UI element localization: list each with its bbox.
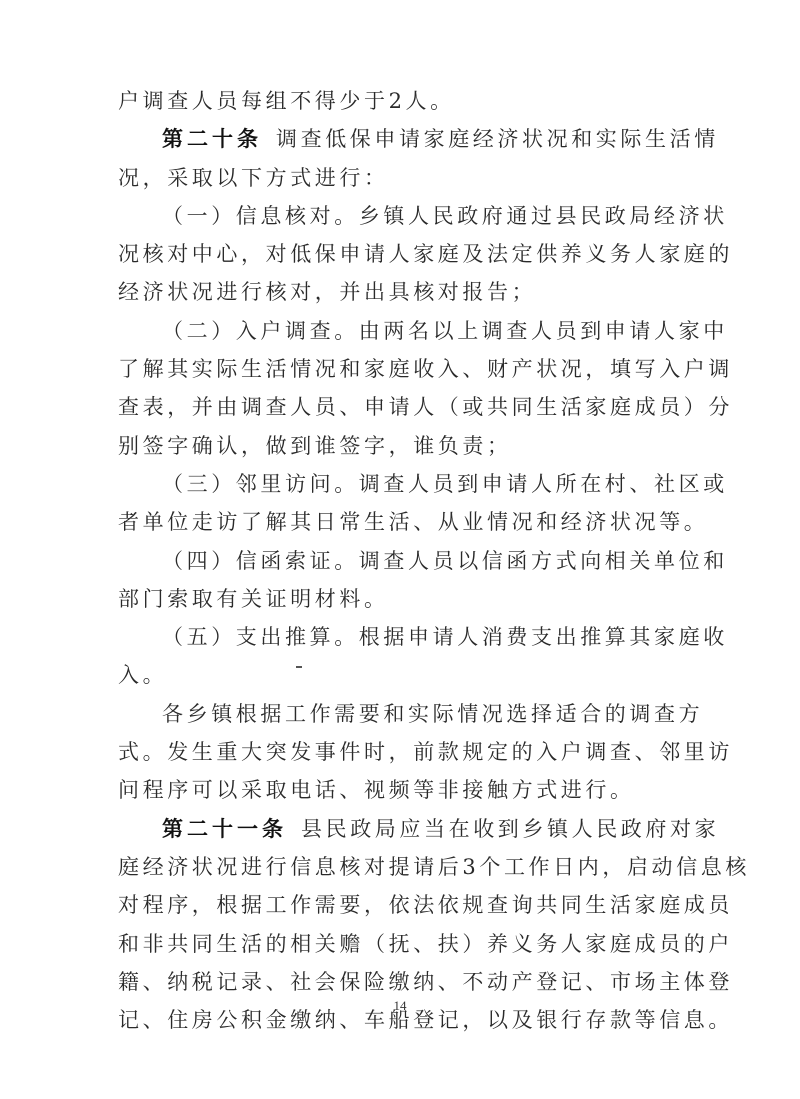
- article-20-heading-line: 第二十条调查低保申请家庭经济状况和实际生活情: [118, 120, 666, 158]
- body-text: 户调查人员每组不得少于2人。 第二十条调查低保申请家庭经济状况和实际生活情 况，…: [118, 82, 666, 1039]
- text-line-content: 调查低保申请家庭经济状况和实际生活情: [276, 127, 719, 151]
- text-line: 问程序可以采取电话、视频等非接触方式进行。: [118, 771, 666, 809]
- text-line: 查表，并由调查人员、申请人（或共同生活家庭成员）分: [118, 388, 666, 426]
- text-line: 式。发生重大突发事件时，前款规定的入户调查、邻里访: [118, 733, 666, 771]
- text-line: （一）信息核对。乡镇人民政府通过县民政局经济状: [118, 197, 666, 235]
- text-line: 别签字确认，做到谁签字，谁负责；: [118, 427, 666, 465]
- text-line: 和非共同生活的相关赡（抚、扶）养义务人家庭成员的户: [118, 925, 666, 963]
- text-line: 况核对中心，对低保申请人家庭及法定供养义务人家庭的: [118, 235, 666, 273]
- text-line: （五）支出推算。根据申请人消费支出推算其家庭收: [118, 618, 666, 656]
- scan-artifact: [296, 666, 302, 668]
- text-line: 经济状况进行核对，并出具核对报告；: [118, 273, 666, 311]
- document-page: 户调查人员每组不得少于2人。 第二十条调查低保申请家庭经济状况和实际生活情 况，…: [0, 0, 800, 1099]
- text-line: 部门索取有关证明材料。: [118, 580, 666, 618]
- text-line: 各乡镇根据工作需要和实际情况选择适合的调查方: [118, 695, 666, 733]
- text-line: 对程序，根据工作需要，依法依规查询共同生活家庭成员: [118, 886, 666, 924]
- text-line: （三）邻里访问。调查人员到申请人所在村、社区或: [118, 465, 666, 503]
- text-line: 籍、纳税记录、社会保险缴纳、不动产登记、市场主体登: [118, 963, 666, 1001]
- text-line: 入。: [118, 656, 666, 694]
- article-label: 第二十条: [162, 126, 262, 151]
- text-line: 户调查人员每组不得少于2人。: [118, 82, 666, 120]
- text-line: （四）信函索证。调查人员以信函方式向相关单位和: [118, 542, 666, 580]
- text-line: 况，采取以下方式进行：: [118, 159, 666, 197]
- text-line: （二）入户调查。由两名以上调查人员到申请人家中: [118, 312, 666, 350]
- page-number: 14: [0, 998, 800, 1014]
- text-line: 庭经济状况进行信息核对提请后3个工作日内，启动信息核: [118, 848, 666, 886]
- article-label: 第二十一条: [162, 816, 287, 841]
- text-line: 者单位走访了解其日常生活、从业情况和经济状况等。: [118, 503, 666, 541]
- text-line-content: 县民政局应当在收到乡镇人民政府对家: [301, 817, 719, 841]
- text-line: 了解其实际生活情况和家庭收入、财产状况，填写入户调: [118, 350, 666, 388]
- article-21-heading-line: 第二十一条县民政局应当在收到乡镇人民政府对家: [118, 810, 666, 848]
